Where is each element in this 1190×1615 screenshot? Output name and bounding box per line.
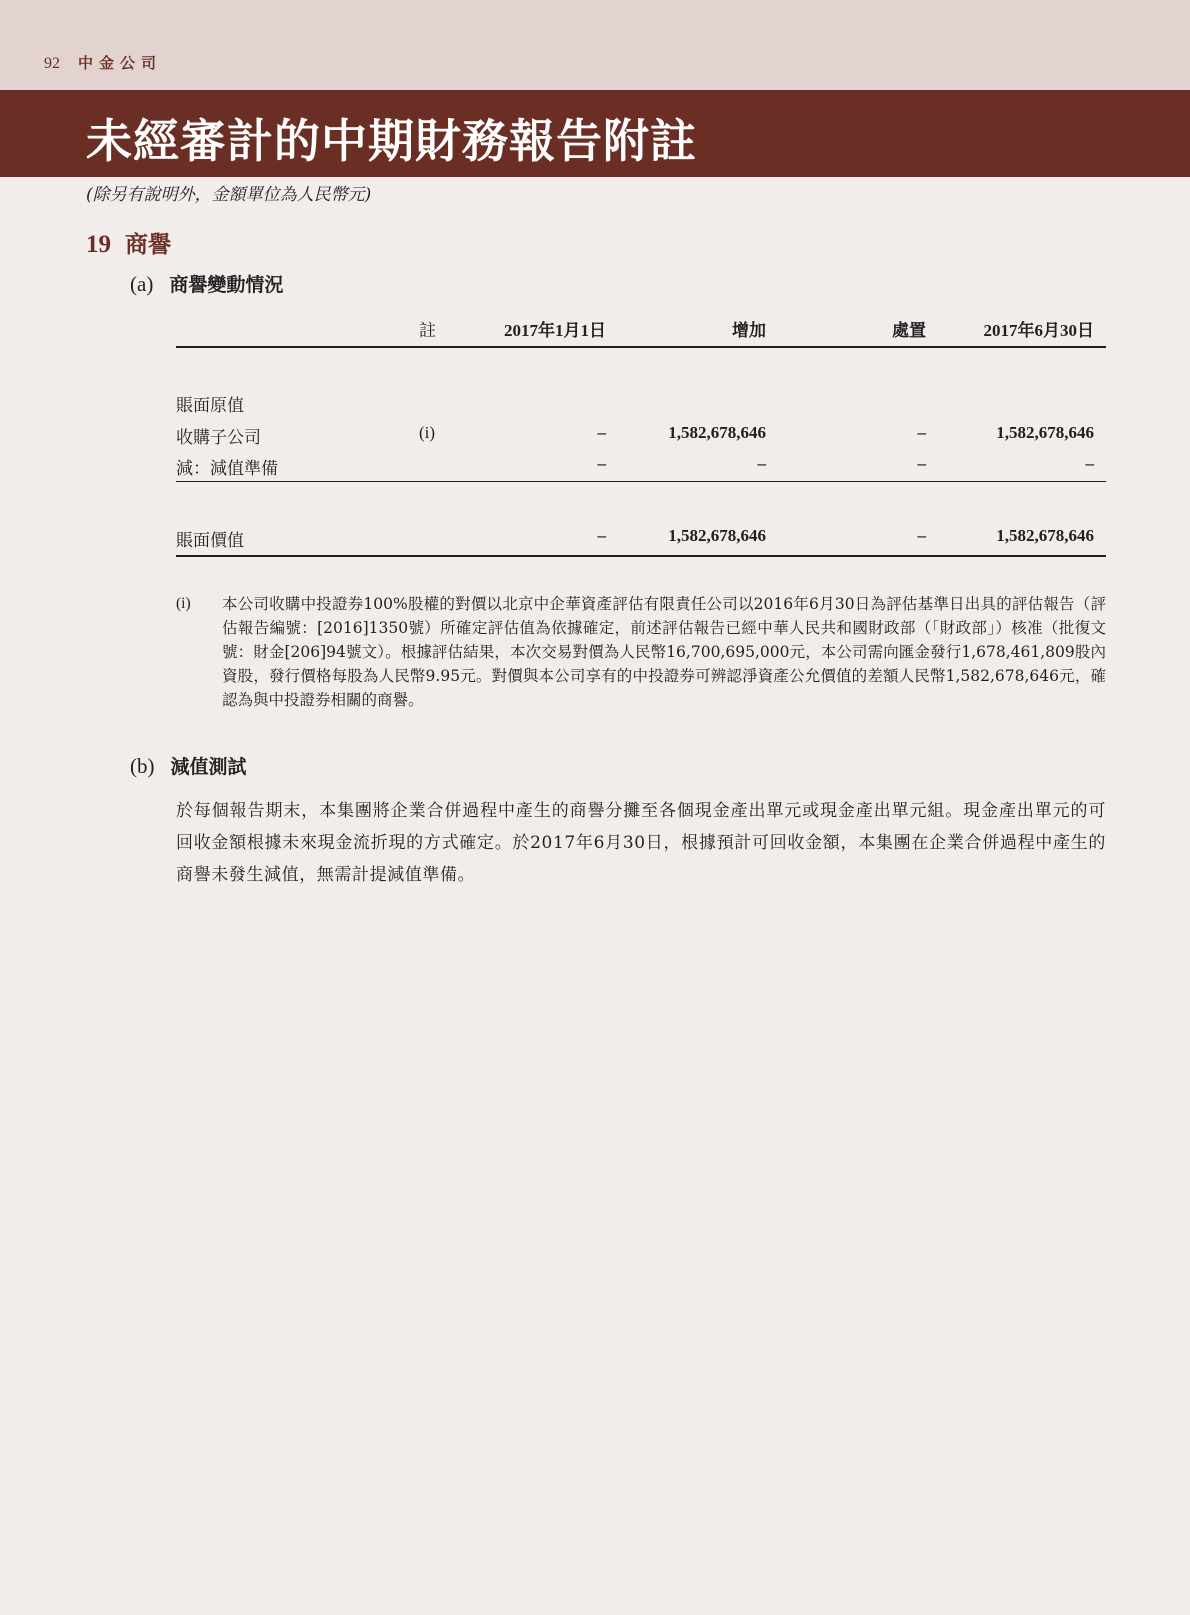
company-name: 中金公司 xyxy=(78,52,162,73)
col-header-disposals: 處置 xyxy=(892,316,926,341)
running-head: 92 中金公司 xyxy=(44,52,162,73)
table-row: 減：減值準備 – – – – xyxy=(176,454,1106,478)
unit-note: (除另有說明外，金額單位為人民幣元) xyxy=(86,180,371,205)
section-title: 商譽 xyxy=(125,226,171,259)
row-opening: – xyxy=(598,454,607,474)
row-disposals: – xyxy=(918,423,927,443)
row-additions: – xyxy=(758,454,767,474)
col-header-note: 註 xyxy=(419,316,436,341)
col-header-closing: 2017年6月30日 xyxy=(984,316,1095,341)
footnote-text: 本公司收購中投證券100%股權的對價以北京中企華資產評估有限責任公司以2016年… xyxy=(222,592,1106,712)
header-rule xyxy=(176,346,1106,348)
footnote-marker: (i) xyxy=(176,592,222,712)
row-label: 賬面原值 xyxy=(176,391,244,416)
subsection-title: 減值測試 xyxy=(171,752,247,779)
table-total-row: 賬面價值 – 1,582,678,646 – 1,582,678,646 xyxy=(176,526,1106,550)
subtotal-rule xyxy=(176,481,1106,482)
page-title: 未經審計的中期財務報告附註 xyxy=(86,105,697,171)
row-label: 減：減值準備 xyxy=(176,454,278,479)
total-additions: 1,582,678,646 xyxy=(668,526,766,546)
subsection-letter: (b) xyxy=(130,754,155,779)
footnote-i: (i) 本公司收購中投證券100%股權的對價以北京中企華資產評估有限責任公司以2… xyxy=(176,592,1106,712)
total-disposals: – xyxy=(918,526,927,546)
total-rule xyxy=(176,555,1106,557)
row-closing: – xyxy=(1086,454,1095,474)
total-label: 賬面價值 xyxy=(176,526,244,551)
table-header-row: 註 2017年1月1日 增加 處置 2017年6月30日 xyxy=(176,316,1106,340)
page-number: 92 xyxy=(44,55,60,73)
subsection-b-heading: (b) 減值測試 xyxy=(130,752,247,779)
total-opening: – xyxy=(598,526,607,546)
subsection-letter: (a) xyxy=(130,272,153,297)
row-opening: – xyxy=(598,423,607,443)
impairment-test-paragraph: 於每個報告期末，本集團將企業合併過程中產生的商譽分攤至各個現金產出單元或現金產出… xyxy=(176,795,1106,891)
subsection-a-heading: (a) 商譽變動情況 xyxy=(130,270,283,297)
col-header-opening: 2017年1月1日 xyxy=(504,316,606,341)
row-disposals: – xyxy=(918,454,927,474)
row-label: 收購子公司 xyxy=(176,423,261,448)
section-number: 19 xyxy=(86,231,111,259)
subsection-title: 商譽變動情況 xyxy=(169,270,283,297)
row-closing: 1,582,678,646 xyxy=(996,423,1094,443)
table-row: 收購子公司 (i) – 1,582,678,646 – 1,582,678,64… xyxy=(176,423,1106,447)
col-header-additions: 增加 xyxy=(732,316,766,341)
top-band xyxy=(0,0,1190,90)
total-closing: 1,582,678,646 xyxy=(996,526,1094,546)
section-heading: 19 商譽 xyxy=(86,226,171,259)
row-note: (i) xyxy=(419,423,435,443)
table-row: 賬面原值 xyxy=(176,391,1106,415)
row-additions: 1,582,678,646 xyxy=(668,423,766,443)
